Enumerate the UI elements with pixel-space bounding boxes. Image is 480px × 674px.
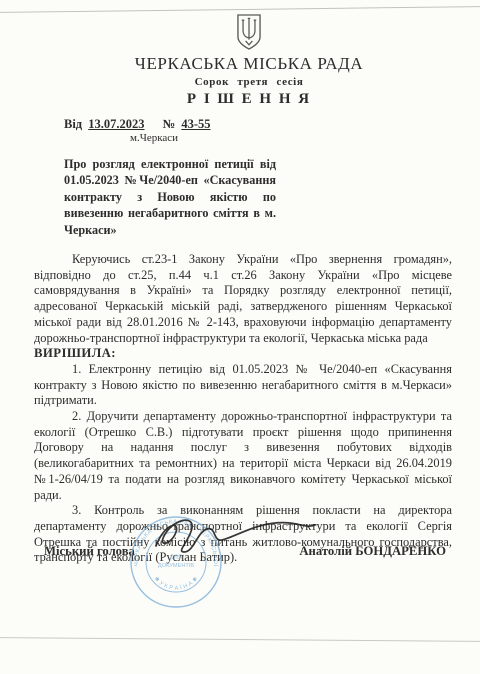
document-page: ЧЕРКАСЬКА МІСЬКА РАДА Сорок третя сесія … — [0, 0, 480, 674]
preamble: Керуючись ст.23-1 Закону України «Про зв… — [34, 252, 452, 346]
stamp-bottom-text: ✱ У К Р А Ї Н А ✱ — [153, 575, 200, 591]
number-label: № — [163, 117, 176, 131]
resolved-heading: ВИРІШИЛА: — [34, 346, 452, 362]
document-header: ЧЕРКАСЬКА МІСЬКА РАДА Сорок третя сесія … — [18, 0, 480, 108]
session-line: Сорок третя сесія — [18, 76, 480, 88]
signature-scribble — [142, 506, 327, 566]
subject-block: Про розгляд електронної петиції від 01.0… — [64, 156, 276, 238]
number-value: 43-55 — [178, 117, 213, 131]
scan-artifact-line-bottom — [0, 637, 480, 642]
svg-text:✱ У К Р А Ї Н А ✱: ✱ У К Р А Ї Н А ✱ — [153, 575, 200, 591]
resolution-item-2: 2. Доручити департаменту дорожньо-трансп… — [34, 409, 452, 503]
date-value: 13.07.2023 — [85, 117, 147, 131]
resolution-item-1: 1. Електронну петицію від 01.05.2023 № Ч… — [34, 362, 452, 409]
doc-type-title: Р І Ш Е Н Н Я — [18, 91, 480, 108]
trident-emblem-icon — [232, 13, 266, 51]
meta-line: Від 13.07.2023 № 43-55 — [64, 117, 480, 132]
org-name: ЧЕРКАСЬКА МІСЬКА РАДА — [18, 54, 480, 74]
date-label: Від — [64, 117, 82, 131]
city-line: м.Черкаси — [130, 132, 480, 144]
mayor-title: Міський голова — [44, 544, 135, 559]
